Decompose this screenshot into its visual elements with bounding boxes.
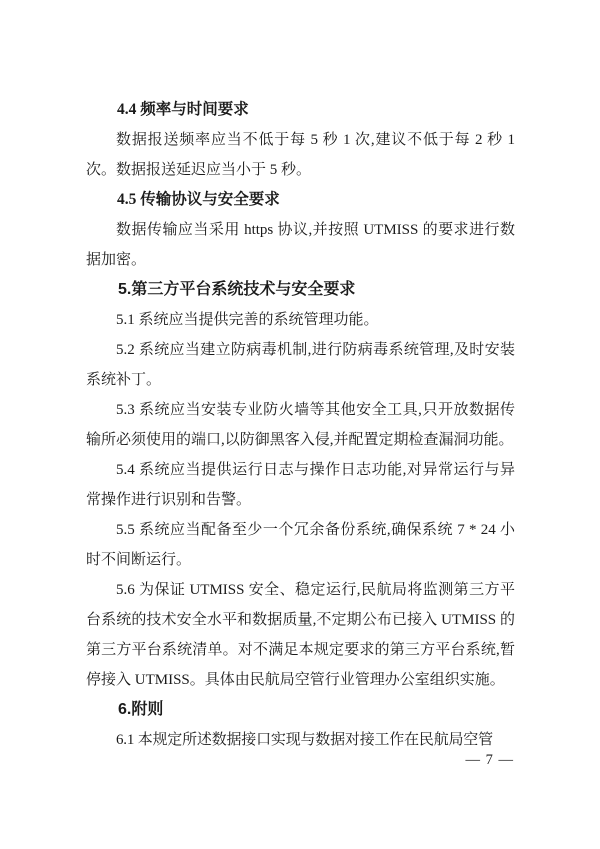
document-paragraph: 6.1 本规定所述数据接口实现与数据对接工作在民航局空管 [86,725,515,755]
document-paragraph: 5.4 系统应当提供运行日志与操作日志功能,对异常运行与异常操作进行识别和告警。 [86,455,515,515]
document-body: 4.4 频率与时间要求数据报送频率应当不低于每 5 秒 1 次,建议不低于每 2… [86,95,515,755]
document-paragraph: 5.3 系统应当安装专业防火墙等其他安全工具,只开放数据传输所必须使用的端口,以… [86,395,515,455]
document-page: 4.4 频率与时间要求数据报送频率应当不低于每 5 秒 1 次,建议不低于每 2… [0,0,600,849]
document-paragraph: 5.6 为保证 UTMISS 安全、稳定运行,民航局将监测第三方平台系统的技术安… [86,575,515,695]
section-heading: 4.4 频率与时间要求 [86,95,515,125]
document-paragraph: 数据传输应当采用 https 协议,并按照 UTMISS 的要求进行数据加密。 [86,215,515,275]
document-paragraph: 数据报送频率应当不低于每 5 秒 1 次,建议不低于每 2 秒 1 次。数据报送… [86,125,515,185]
document-paragraph: 5.1 系统应当提供完善的系统管理功能。 [86,305,515,335]
section-heading: 4.5 传输协议与安全要求 [86,185,515,215]
document-paragraph: 5.2 系统应当建立防病毒机制,进行防病毒系统管理,及时安装系统补丁。 [86,335,515,395]
page-number: — 7 — [466,748,515,772]
section-heading: 5.第三方平台系统技术与安全要求 [86,275,515,305]
document-paragraph: 5.5 系统应当配备至少一个冗余备份系统,确保系统 7 * 24 小时不间断运行… [86,515,515,575]
section-heading: 6.附则 [86,695,515,725]
